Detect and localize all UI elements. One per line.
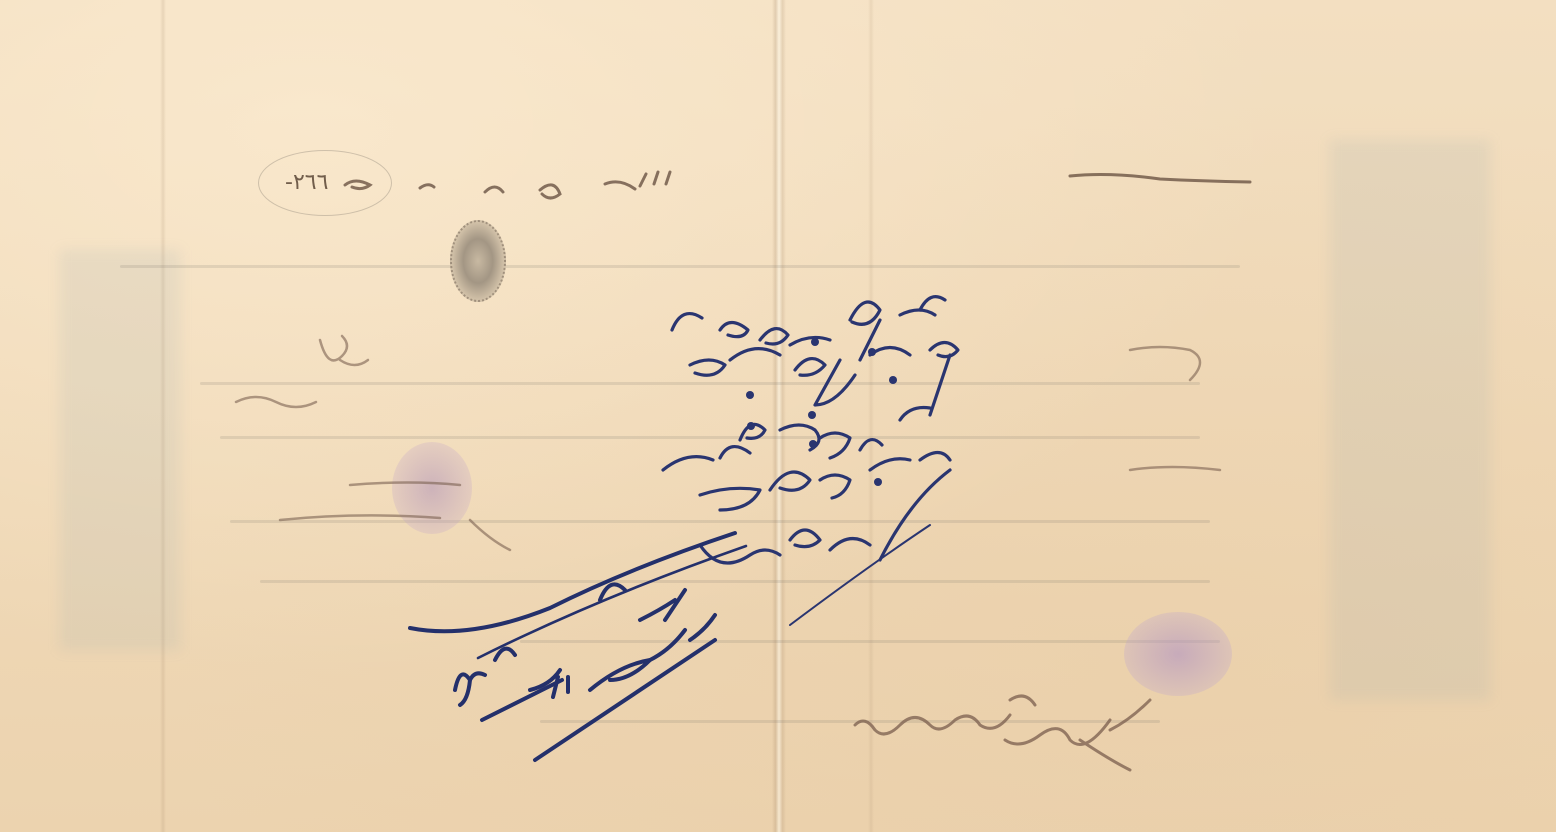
blue-signature-lower-left	[410, 533, 746, 760]
document-sheet: -٢٦٦	[0, 0, 1556, 832]
brown-annotations-left	[236, 336, 1220, 550]
handwriting-layer	[0, 0, 1556, 832]
brown-annotation-top	[345, 172, 1250, 198]
blue-annotation-center	[663, 297, 958, 625]
brown-signatures-bottom	[855, 696, 1150, 770]
